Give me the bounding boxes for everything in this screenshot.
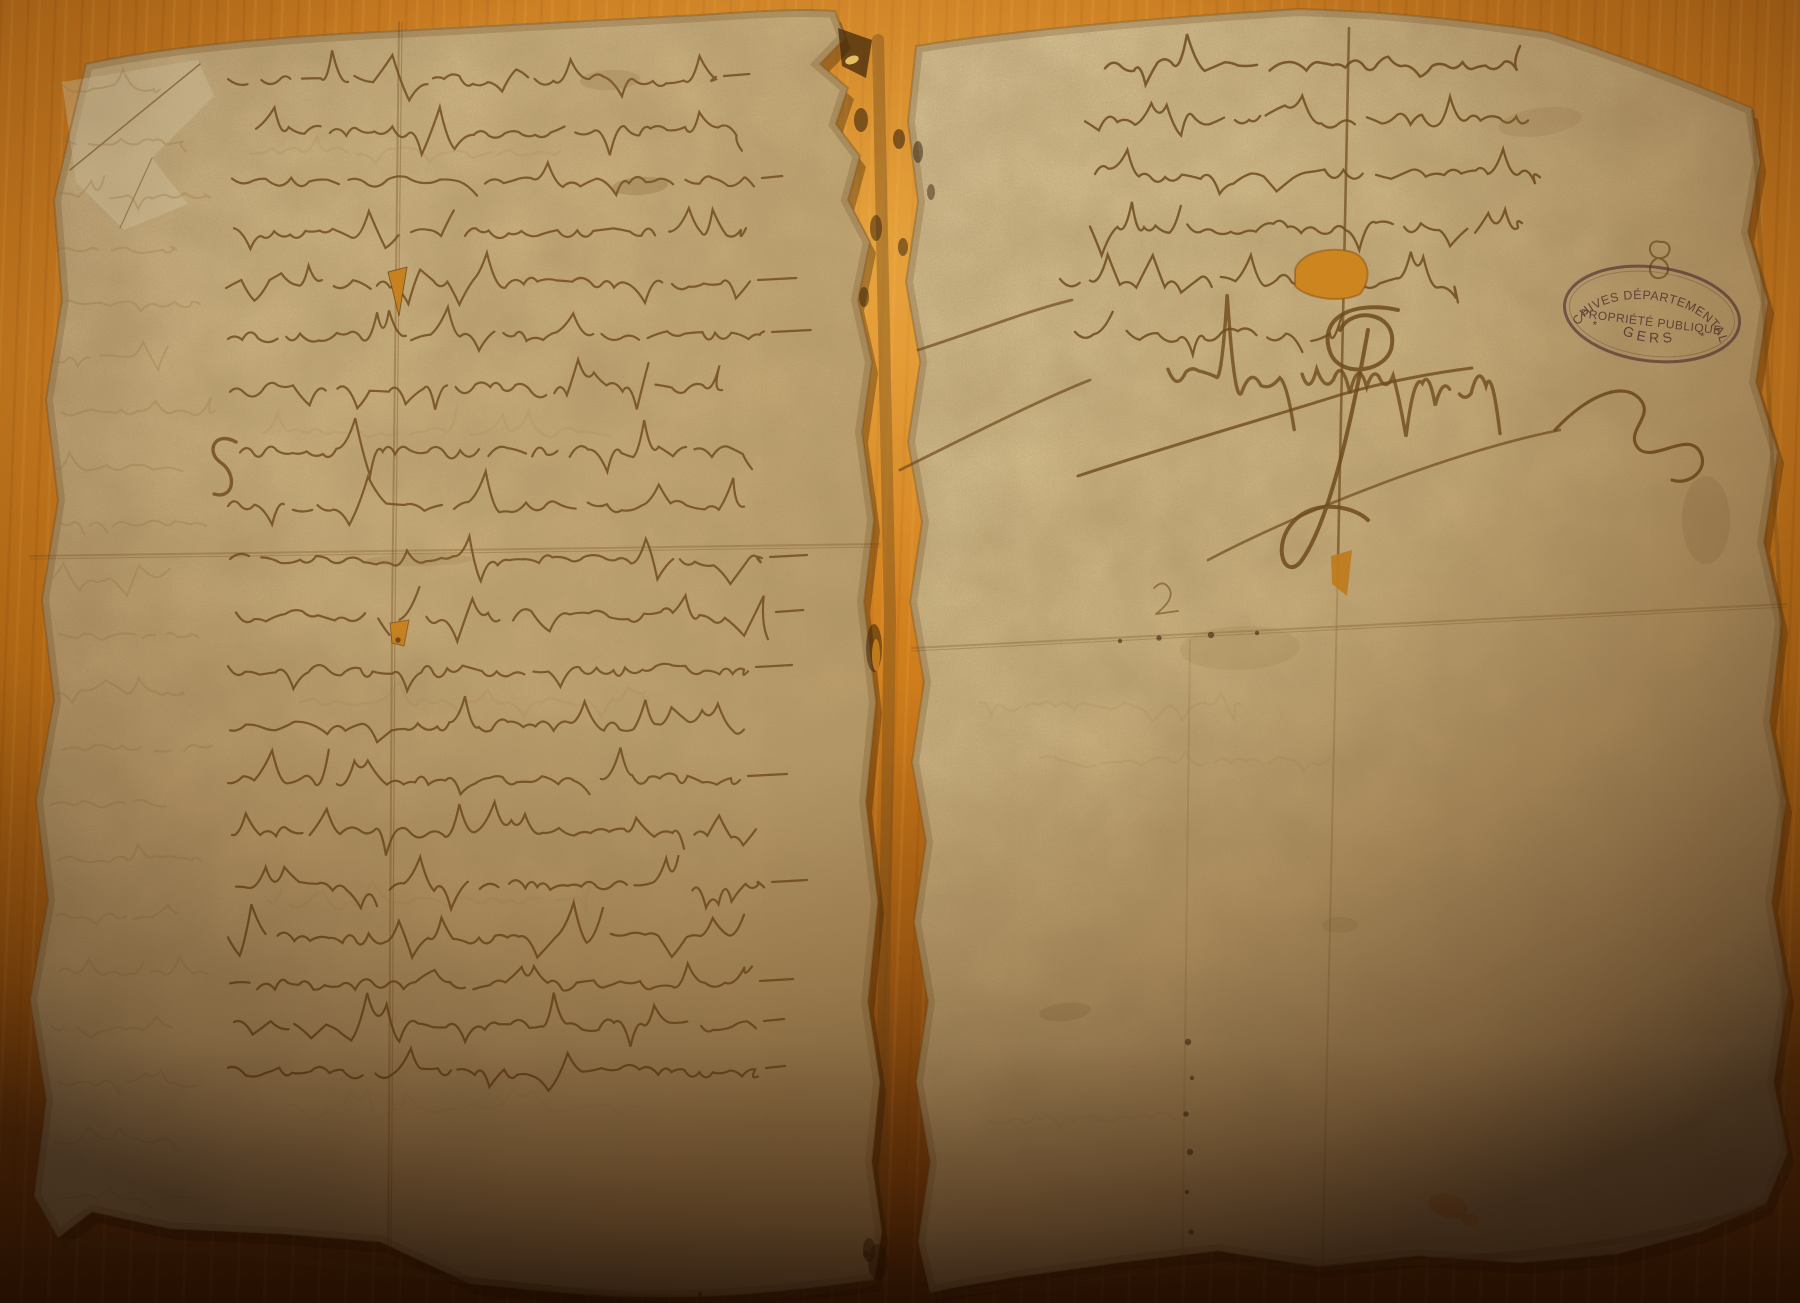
ink-dot bbox=[395, 637, 400, 642]
ink-dot bbox=[1156, 635, 1161, 640]
ink-dot bbox=[1183, 1111, 1188, 1116]
ink-dot bbox=[1255, 631, 1259, 635]
tear-hole bbox=[1295, 250, 1368, 299]
ink-dot bbox=[1190, 1076, 1194, 1080]
ink-dot bbox=[863, 1251, 869, 1257]
ink-dot bbox=[1118, 639, 1122, 643]
ink-dot bbox=[1187, 1149, 1193, 1155]
ink-dot bbox=[698, 1292, 702, 1296]
ink-dot bbox=[1185, 1039, 1191, 1045]
ink-dot bbox=[1185, 1190, 1189, 1194]
ink-dot bbox=[1188, 1229, 1193, 1234]
paper-stain bbox=[1322, 917, 1358, 933]
ink-dot bbox=[1208, 632, 1214, 638]
paper-stain bbox=[1461, 1214, 1479, 1226]
manuscript-artwork: ARCHIVES DÉPARTEMENTALES PROPRIÉTÉ PUBLI… bbox=[0, 0, 1800, 1303]
paper-stain bbox=[1682, 476, 1730, 564]
photograph-of-archival-manuscript: ARCHIVES DÉPARTEMENTALES PROPRIÉTÉ PUBLI… bbox=[0, 0, 1800, 1303]
paper-texture bbox=[0, 0, 1800, 1303]
